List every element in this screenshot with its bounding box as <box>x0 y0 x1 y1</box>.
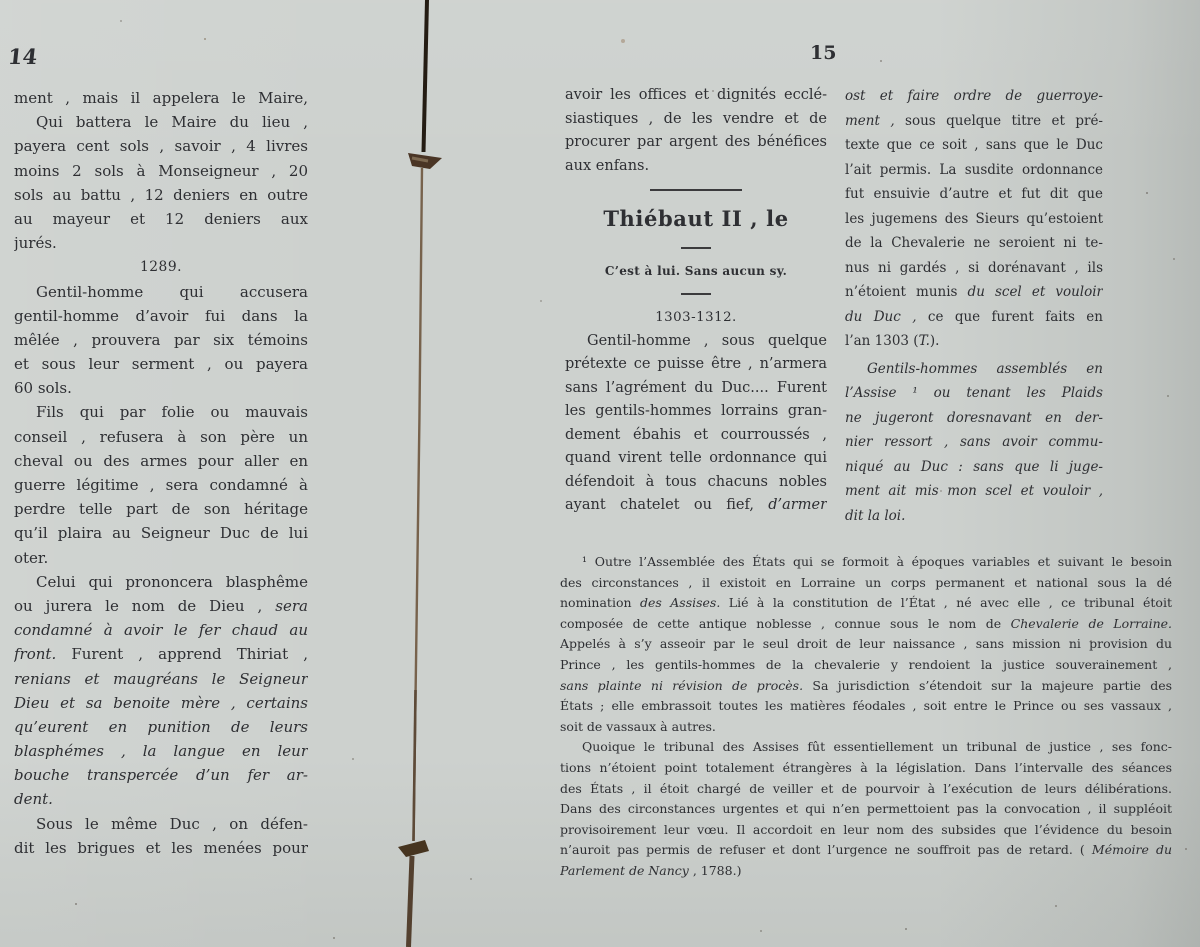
text-line: ment , sous quelque titre et pré- <box>845 109 1103 134</box>
text-line: oter. <box>14 546 308 570</box>
binding-knot-top-highlight <box>412 158 428 161</box>
section-rule <box>565 282 827 306</box>
text-line: siastiques , de les vendre et de <box>565 108 827 132</box>
text-line: guerre légitime , sera condamné à <box>14 473 308 497</box>
text-line: renians et maugréans le Seigneur <box>14 667 308 691</box>
text-line: les gentils-hommes lorrains gran- <box>565 400 827 424</box>
binding-knot-bottom <box>398 840 429 857</box>
text-line: soit de vassaux à autres. <box>560 717 1172 738</box>
text-line: Dans des circonstances urgentes et qui n… <box>560 799 1172 820</box>
text-line: 1289. <box>14 255 308 279</box>
text-line: fut ensuivie d’autre et fut dit que <box>845 182 1103 207</box>
text-line: 60 sols. <box>14 376 308 400</box>
text-line: composée de cette antique noblesse , con… <box>560 614 1172 635</box>
text-line: texte que ce soit , sans que le Duc <box>845 133 1103 158</box>
text-line: C’est à lui. Sans aucun sy. <box>565 260 827 282</box>
text-line: moins 2 sols à Monseigneur , 20 <box>14 159 308 183</box>
text-line: sans l’agrément du Duc.... Furent <box>565 377 827 401</box>
text-line: nus ni gardés , si dorénavant , ils <box>845 256 1103 281</box>
section-rule <box>565 236 827 260</box>
text-line: mêlée , prouvera par six témoins <box>14 328 308 352</box>
text-line: du Duc , ce que furent faits en <box>845 305 1103 330</box>
text-line: dent. <box>14 787 308 811</box>
page-number-left: 14 <box>7 44 39 69</box>
text-line: de la Chevalerie ne seroient ni te- <box>845 231 1103 256</box>
text-line: aux enfans. <box>565 155 827 179</box>
text-line: payera cent sols , savoir , 4 livres <box>14 134 308 158</box>
text-line: n’auroit pas permis de refuser et dont l… <box>560 840 1172 861</box>
text-line: ou jurera le nom de Dieu , sera <box>14 594 308 618</box>
text-line: front. Furent , apprend Thiriat , <box>14 642 308 666</box>
text-line: prétexte ce puisse être , n’armera <box>565 353 827 377</box>
text-line: des États , il étoit chargé de veiller e… <box>560 779 1172 800</box>
text-line: Appelés à s’y asseoir par le seul droit … <box>560 634 1172 655</box>
text-line: provisoirement leur vœu. Il accordoit en… <box>560 820 1172 841</box>
text-line: des circonstances , il existoit en Lorra… <box>560 573 1172 594</box>
text-line: Fils qui par folie ou mauvais <box>14 400 308 424</box>
text-line: quand virent telle ordonnance qui <box>565 447 827 471</box>
text-line: Sous le même Duc , on défen- <box>14 812 308 836</box>
text-line: Quoique le tribunal des Assises fût esse… <box>560 737 1172 758</box>
text-line: perdre telle part de son héritage <box>14 497 308 521</box>
section-rule <box>565 178 827 202</box>
text-line: gentil-homme d’avoir fui dans la <box>14 304 308 328</box>
text-line: avoir les offices et dignités ecclé- <box>565 84 827 108</box>
text-line: ne jugeront doresnavant en der- <box>845 406 1103 431</box>
page14-text-column: ment , mais il appelera le Maire,Qui bat… <box>14 86 308 860</box>
text-line: sols au battu , 12 deniers en outre <box>14 183 308 207</box>
text-line: tions n’étoient point totalement étrangè… <box>560 758 1172 779</box>
text-line: dement ébahis et courroussés , <box>565 424 827 448</box>
text-line: dit les brigues et les menées pour <box>14 836 308 860</box>
text-line: niqué au Duc : sans que li juge- <box>845 455 1103 480</box>
text-line: Gentil-homme qui accusera <box>14 280 308 304</box>
text-line: défendoit à tous chacuns nobles <box>565 471 827 495</box>
text-line: au mayeur et 12 deniers aux <box>14 207 308 231</box>
text-line: qu’eurent en punition de leurs <box>14 715 308 739</box>
page15-right-column: ost et faire ordre de guerroye-ment , so… <box>845 84 1103 528</box>
text-line: ment ait mis mon scel et vouloir , <box>845 479 1103 504</box>
text-line: Qui battera le Maire du lieu , <box>14 110 308 134</box>
text-line: bouche transpercée d’un fer ar- <box>14 763 308 787</box>
text-line: sans plainte ni révision de procès. Sa j… <box>560 676 1172 697</box>
text-line: l’ait permis. La susdite ordonnance <box>845 158 1103 183</box>
text-line: Prince , les gentils-hommes de la cheval… <box>560 655 1172 676</box>
text-line: États ; elle embrassoit toutes les matiè… <box>560 696 1172 717</box>
text-line: 1303-1312. <box>565 306 827 330</box>
text-line: l’Assise ¹ ou tenant les Plaids <box>845 381 1103 406</box>
text-line: ment , mais il appelera le Maire, <box>14 86 308 110</box>
text-line: conseil , refusera à son père un <box>14 425 308 449</box>
text-line: jurés. <box>14 231 308 255</box>
binding-thread-middle-dark <box>414 690 416 841</box>
text-line: Dieu et sa benoite mère , certains <box>14 691 308 715</box>
text-line: Gentils-hommes assemblés en <box>845 357 1103 382</box>
text-line: ayant chatelet ou fief, d’armer <box>565 494 827 518</box>
binding-thread-top <box>424 0 428 152</box>
text-line: et sous leur serment , ou payera <box>14 352 308 376</box>
text-line: Parlement de Nancy , 1788.) <box>560 861 1172 882</box>
text-line: nier ressort , sans avoir commu- <box>845 430 1103 455</box>
text-line: Thiébaut II , le Libéral. <box>565 202 827 236</box>
text-line: qu’il plaira au Seigneur Duc de lui <box>14 521 308 545</box>
page15-footnote: ¹ Outre l’Assemblée des États qui se for… <box>560 552 1172 882</box>
text-line: l’an 1303 (T.). <box>845 329 1103 354</box>
text-line: condamné à avoir le fer chaud au <box>14 618 308 642</box>
text-line: nomination des Assises. Lié à la constit… <box>560 593 1172 614</box>
text-line: n’étoient munis du scel et vouloir <box>845 280 1103 305</box>
binding-thread-middle <box>414 168 423 841</box>
text-line: cheval ou des armes pour aller en <box>14 449 308 473</box>
binding-knot-top <box>408 153 442 169</box>
text-line: dit la loi. <box>845 504 1103 529</box>
binding-thread-bottom <box>409 856 413 947</box>
text-line: blasphémes , la langue en leur <box>14 739 308 763</box>
text-line: ost et faire ordre de guerroye- <box>845 84 1103 109</box>
text-line: Gentil-homme , sous quelque <box>565 330 827 354</box>
text-line: les jugemens des Sieurs qu’estoient <box>845 207 1103 232</box>
page-number-right: 15 <box>810 42 836 64</box>
book-photo: 14 15 ment , mais il appelera le Maire,Q… <box>0 0 1200 947</box>
page15-left-column: avoir les offices et dignités ecclé-sias… <box>565 84 827 518</box>
text-line: Celui qui prononcera blasphême <box>14 570 308 594</box>
text-line: ¹ Outre l’Assemblée des États qui se for… <box>560 552 1172 573</box>
text-line: procurer par argent des bénéfices <box>565 131 827 155</box>
